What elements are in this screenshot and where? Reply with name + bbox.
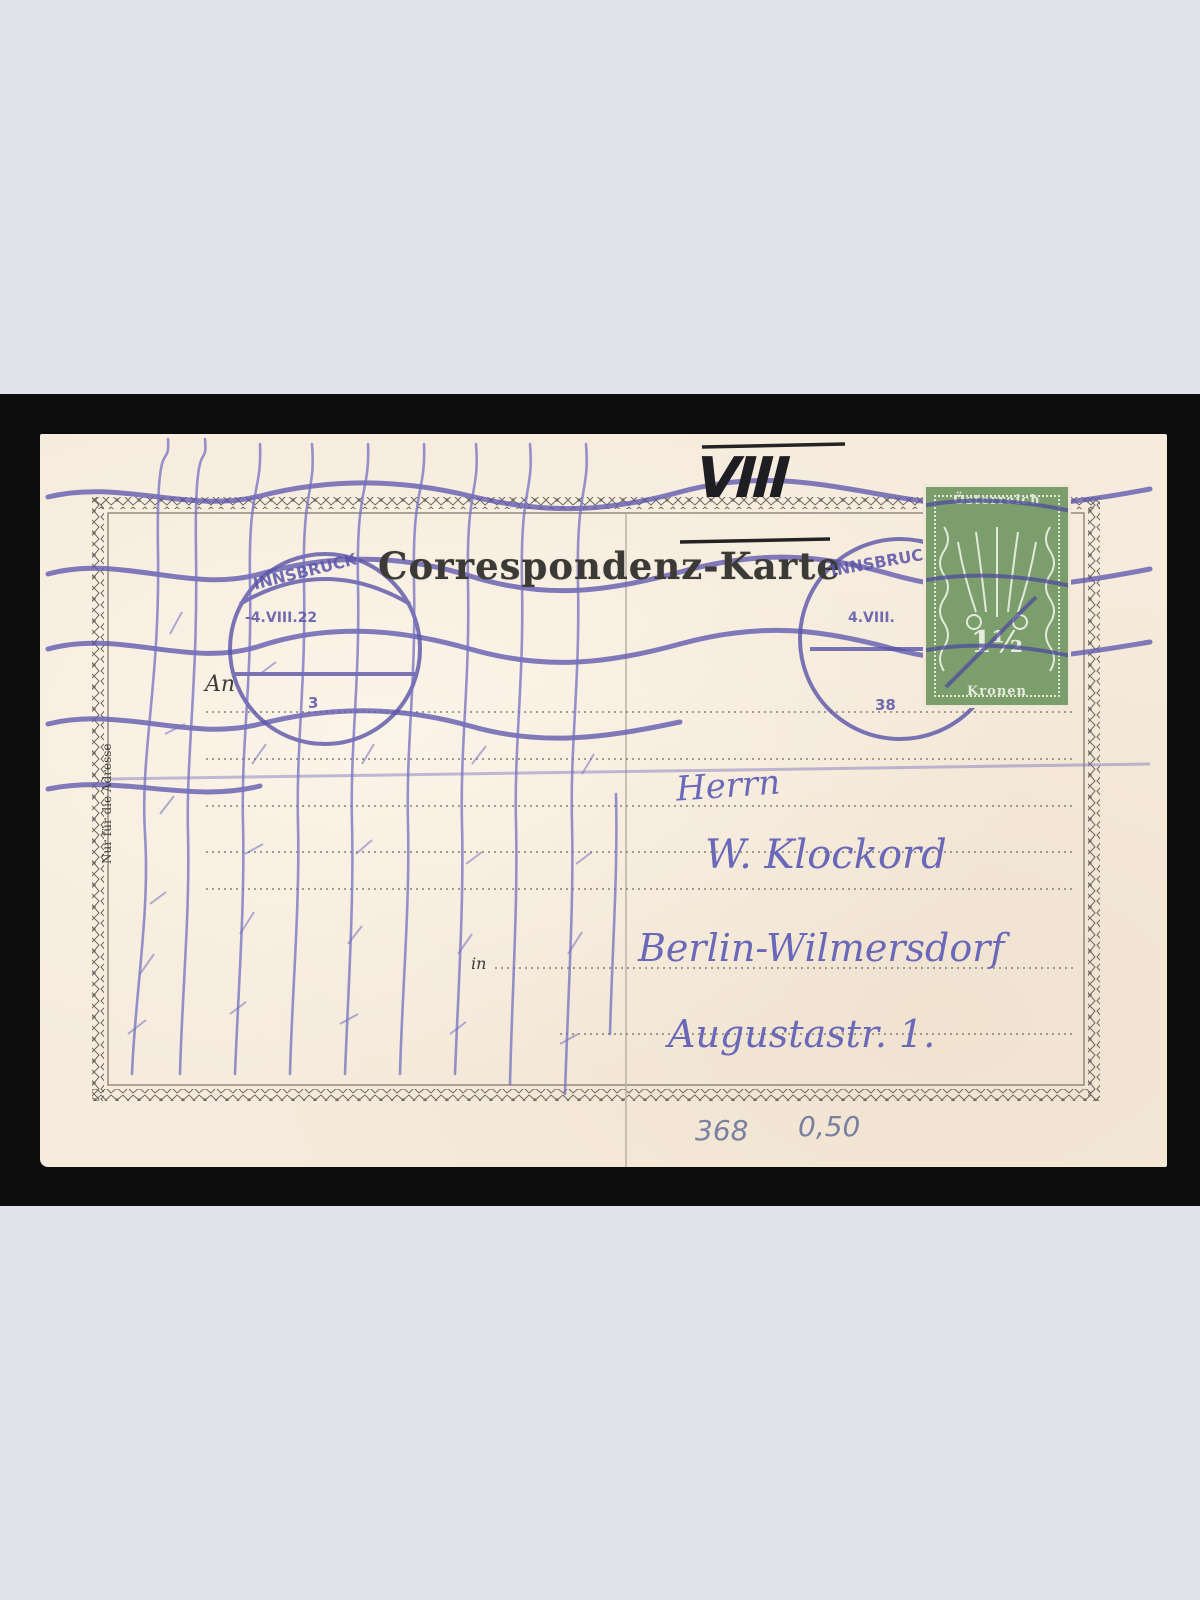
- border-bottom: [92, 1089, 1100, 1101]
- postcard: Correspondenz-Karte An in Nur für die Ad…: [40, 434, 1167, 1167]
- postmark-date-1: -4.VIII.22: [245, 610, 317, 626]
- address-line-4: Augustastr. 1.: [668, 1012, 935, 1056]
- card-title: Correspondenz-Karte: [378, 544, 841, 588]
- stamp-cancellation: [926, 487, 1068, 705]
- side-label: Nur für die Adresse: [100, 743, 114, 864]
- address-label-in: in: [471, 954, 486, 973]
- address-label-an: An: [205, 672, 235, 697]
- postmark-code-1: 3: [308, 694, 318, 712]
- pencil-note-price: 0,50: [798, 1110, 860, 1143]
- postmark-code-2: 38: [875, 696, 896, 714]
- postage-stamp: Österreich 1½ Kronen: [926, 487, 1068, 705]
- address-line-1: Herrn: [675, 762, 782, 809]
- corner-note: VIII: [688, 446, 794, 511]
- address-line-2: W. Klockord: [705, 832, 947, 878]
- pencil-note-number: 368: [695, 1114, 748, 1147]
- photo-frame: Correspondenz-Karte An in Nur für die Ad…: [0, 394, 1200, 1206]
- postmark-date-2: 4.VIII.: [848, 610, 895, 626]
- address-line-3: Berlin-Wilmersdorf: [638, 926, 1004, 970]
- border-right: [1088, 497, 1100, 1101]
